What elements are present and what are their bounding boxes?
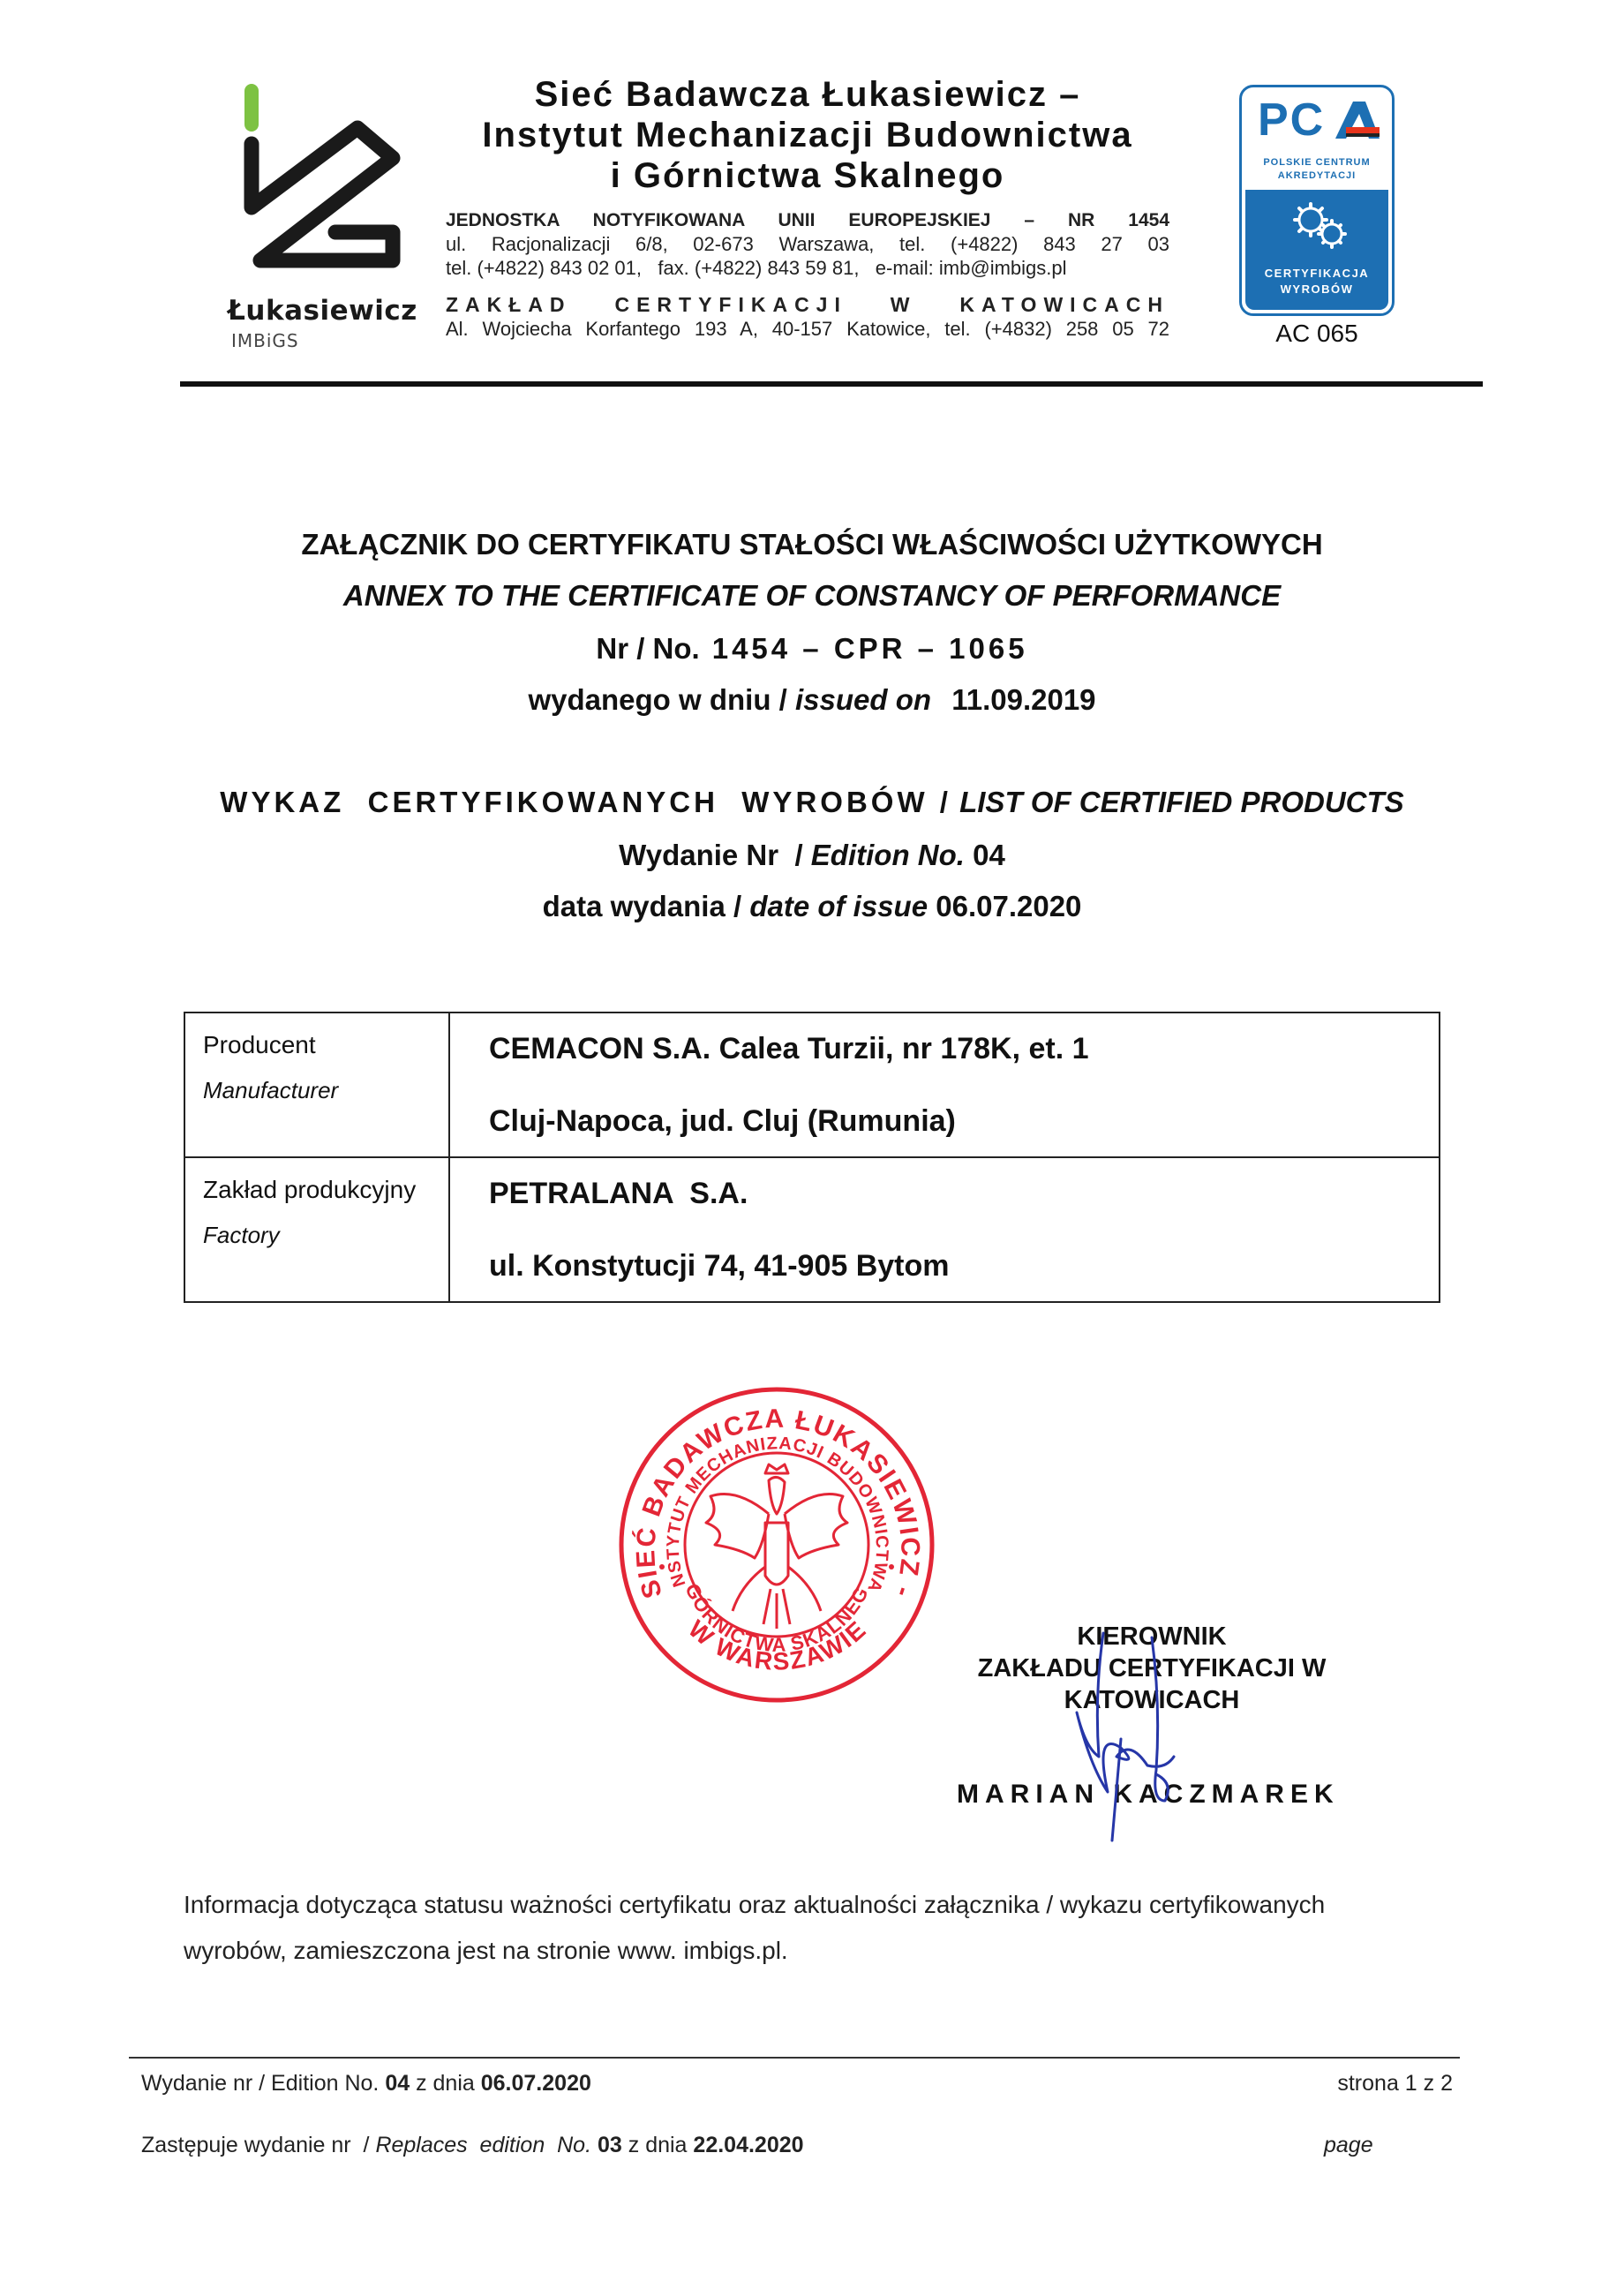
contact-line: tel. (+4822) 843 02 01, fax. (+4822) 843…	[446, 256, 1169, 280]
date-value: 06.07.2020	[936, 890, 1081, 922]
footer-replaces-z-dnia: z dnia	[628, 2133, 688, 2157]
footer-edition: Wydanie nr / Edition No. 04 z dnia 06.07…	[141, 2071, 591, 2097]
header-divider	[180, 381, 1483, 387]
official-stamp-icon: SIEĆ BADAWCZA ŁUKASIEWICZ - INSTYTUT MEC…	[613, 1381, 940, 1708]
note-line: wyrobów, zamieszczona jest na stronie ww…	[184, 1928, 1455, 1974]
pca-cert-label: CERTYFIKACJA WYROBÓW	[1245, 266, 1388, 297]
institute-name-line: Instytut Mechanizacji Budownictwa	[446, 115, 1169, 155]
footer-edition-z-dnia: z dnia	[416, 2071, 475, 2096]
table-label-cell: Producent Manufacturer	[184, 1012, 449, 1157]
table-row: Zakład produkcyjny Factory PETRALANA S.A…	[184, 1157, 1440, 1302]
institute-name-line: Sieć Badawcza Łukasiewicz –	[446, 74, 1169, 115]
page-number: strona 1 z 2	[1324, 2071, 1453, 2097]
institute-header: Sieć Badawcza Łukasiewicz – Instytut Mec…	[446, 74, 1169, 341]
footer-edition-label: Wydanie nr / Edition No.	[141, 2071, 379, 2096]
notified-body-line: JEDNOSTKA NOTYFIKOWANA UNII EUROPEJSKIEJ…	[446, 208, 1169, 232]
department-title: ZAKŁAD CERTYFIKACJI W KATOWICACH	[446, 293, 1169, 317]
edition-label-en: Edition No.	[811, 839, 965, 871]
institute-name-line: i Górnictwa Skalnego	[446, 155, 1169, 196]
footer-replaces: Zastępuje wydanie nr / Replaces edition …	[141, 2133, 804, 2158]
value-line: CEMACON S.A. Calea Turzii, nr 178K, et. …	[489, 1031, 1400, 1066]
table-row: Producent Manufacturer CEMACON S.A. Cale…	[184, 1012, 1440, 1157]
validity-info-note: Informacja dotycząca statusu ważności ce…	[184, 1882, 1455, 1974]
issued-date-line: wydanego w dniu / issued on 11.09.2019	[0, 683, 1624, 717]
value-line: PETRALANA S.A.	[489, 1176, 1400, 1211]
table-value-cell: PETRALANA S.A. ul. Konstytucji 74, 41-90…	[449, 1157, 1440, 1302]
label-en: Factory	[203, 1222, 431, 1249]
svg-text:PC: PC	[1258, 98, 1325, 142]
footer-replaces-label-pl: Zastępuje wydanie nr /	[141, 2133, 369, 2157]
logo-subtitle: IMBiGS	[231, 330, 299, 351]
date-of-issue-line: data wydania / date of issue 06.07.2020	[0, 890, 1624, 923]
edition-line: Wydanie Nr / Edition No. 04	[0, 839, 1624, 872]
label-pl: Zakład produkcyjny	[203, 1176, 431, 1204]
gears-icon	[1286, 199, 1357, 252]
certificate-number-value: 1454 – CPR – 1065	[712, 632, 1028, 665]
label-en: Manufacturer	[203, 1077, 431, 1104]
pca-subtitle-line: AKREDYTACJI	[1242, 169, 1392, 183]
list-title: WYKAZ CERTYFIKOWANYCH WYROBÓW / LIST OF …	[0, 786, 1624, 819]
logo-wordmark: Łukasiewicz	[228, 295, 417, 327]
certificate-number-label: Nr / No.	[596, 632, 699, 665]
footer-edition-date: 06.07.2020	[481, 2071, 591, 2096]
issued-date: 11.09.2019	[951, 683, 1095, 716]
table-label-cell: Zakład produkcyjny Factory	[184, 1157, 449, 1302]
pca-cert-line: CERTYFIKACJA	[1245, 266, 1388, 282]
date-label-en: date of issue	[749, 890, 928, 922]
pca-subtitle: POLSKIE CENTRUM AKREDYTACJI	[1242, 156, 1392, 183]
accreditation-code: AC 065	[1239, 320, 1395, 348]
value-line: Cluj-Napoca, jud. Cluj (Rumunia)	[489, 1103, 1400, 1139]
footer-replaces-date: 22.04.2020	[693, 2133, 803, 2157]
table-value-cell: CEMACON S.A. Calea Turzii, nr 178K, et. …	[449, 1012, 1440, 1157]
department-address: Al. Wojciecha Korfantego 193 A, 40-157 K…	[446, 317, 1169, 341]
footer-divider	[129, 2057, 1460, 2059]
annex-title-pl: ZAŁĄCZNIK DO CERTYFIKATU STAŁOŚCI WŁAŚCI…	[0, 528, 1624, 561]
value-line: ul. Konstytucji 74, 41-905 Bytom	[489, 1248, 1400, 1284]
pca-logo-icon: PC	[1258, 98, 1381, 142]
edition-label-pl: Wydanie Nr /	[619, 839, 802, 871]
address-line: ul. Racjonalizacji 6/8, 02-673 Warszawa,…	[446, 232, 1169, 256]
footer-replaces-value: 03	[598, 2133, 622, 2157]
pca-cert-line: WYROBÓW	[1245, 282, 1388, 297]
pca-subtitle-line: POLSKIE CENTRUM	[1242, 156, 1392, 169]
certificate-number: Nr / No.1454 – CPR – 1065	[0, 632, 1624, 666]
footer-replaces-label-en: Replaces edition No.	[375, 2133, 591, 2157]
pca-cert-band: CERTYFIKACJA WYROBÓW	[1245, 190, 1388, 310]
date-label-pl: data wydania /	[543, 890, 742, 922]
issued-label-pl: wydanego w dniu /	[528, 683, 786, 716]
issued-label-en: issued on	[795, 683, 931, 716]
page-label-en: page	[1324, 2133, 1350, 2158]
note-line: Informacja dotycząca statusu ważności ce…	[184, 1882, 1455, 1928]
list-title-pl: WYKAZ CERTYFIKOWANYCH WYROBÓW /	[220, 786, 951, 818]
label-pl: Producent	[203, 1031, 431, 1059]
annex-title-en: ANNEX TO THE CERTIFICATE OF CONSTANCY OF…	[0, 579, 1624, 613]
footer-edition-value: 04	[385, 2071, 410, 2096]
edition-value: 04	[973, 839, 1005, 871]
pca-accreditation-badge: PC POLSKIE CENTRUM AKREDYTACJI CERTYFIKA…	[1239, 85, 1395, 316]
manufacturer-table: Producent Manufacturer CEMACON S.A. Cale…	[184, 1012, 1440, 1303]
list-title-en: LIST OF CERTIFIED PRODUCTS	[959, 786, 1404, 818]
handwritten-signature-icon	[1068, 1624, 1209, 1845]
